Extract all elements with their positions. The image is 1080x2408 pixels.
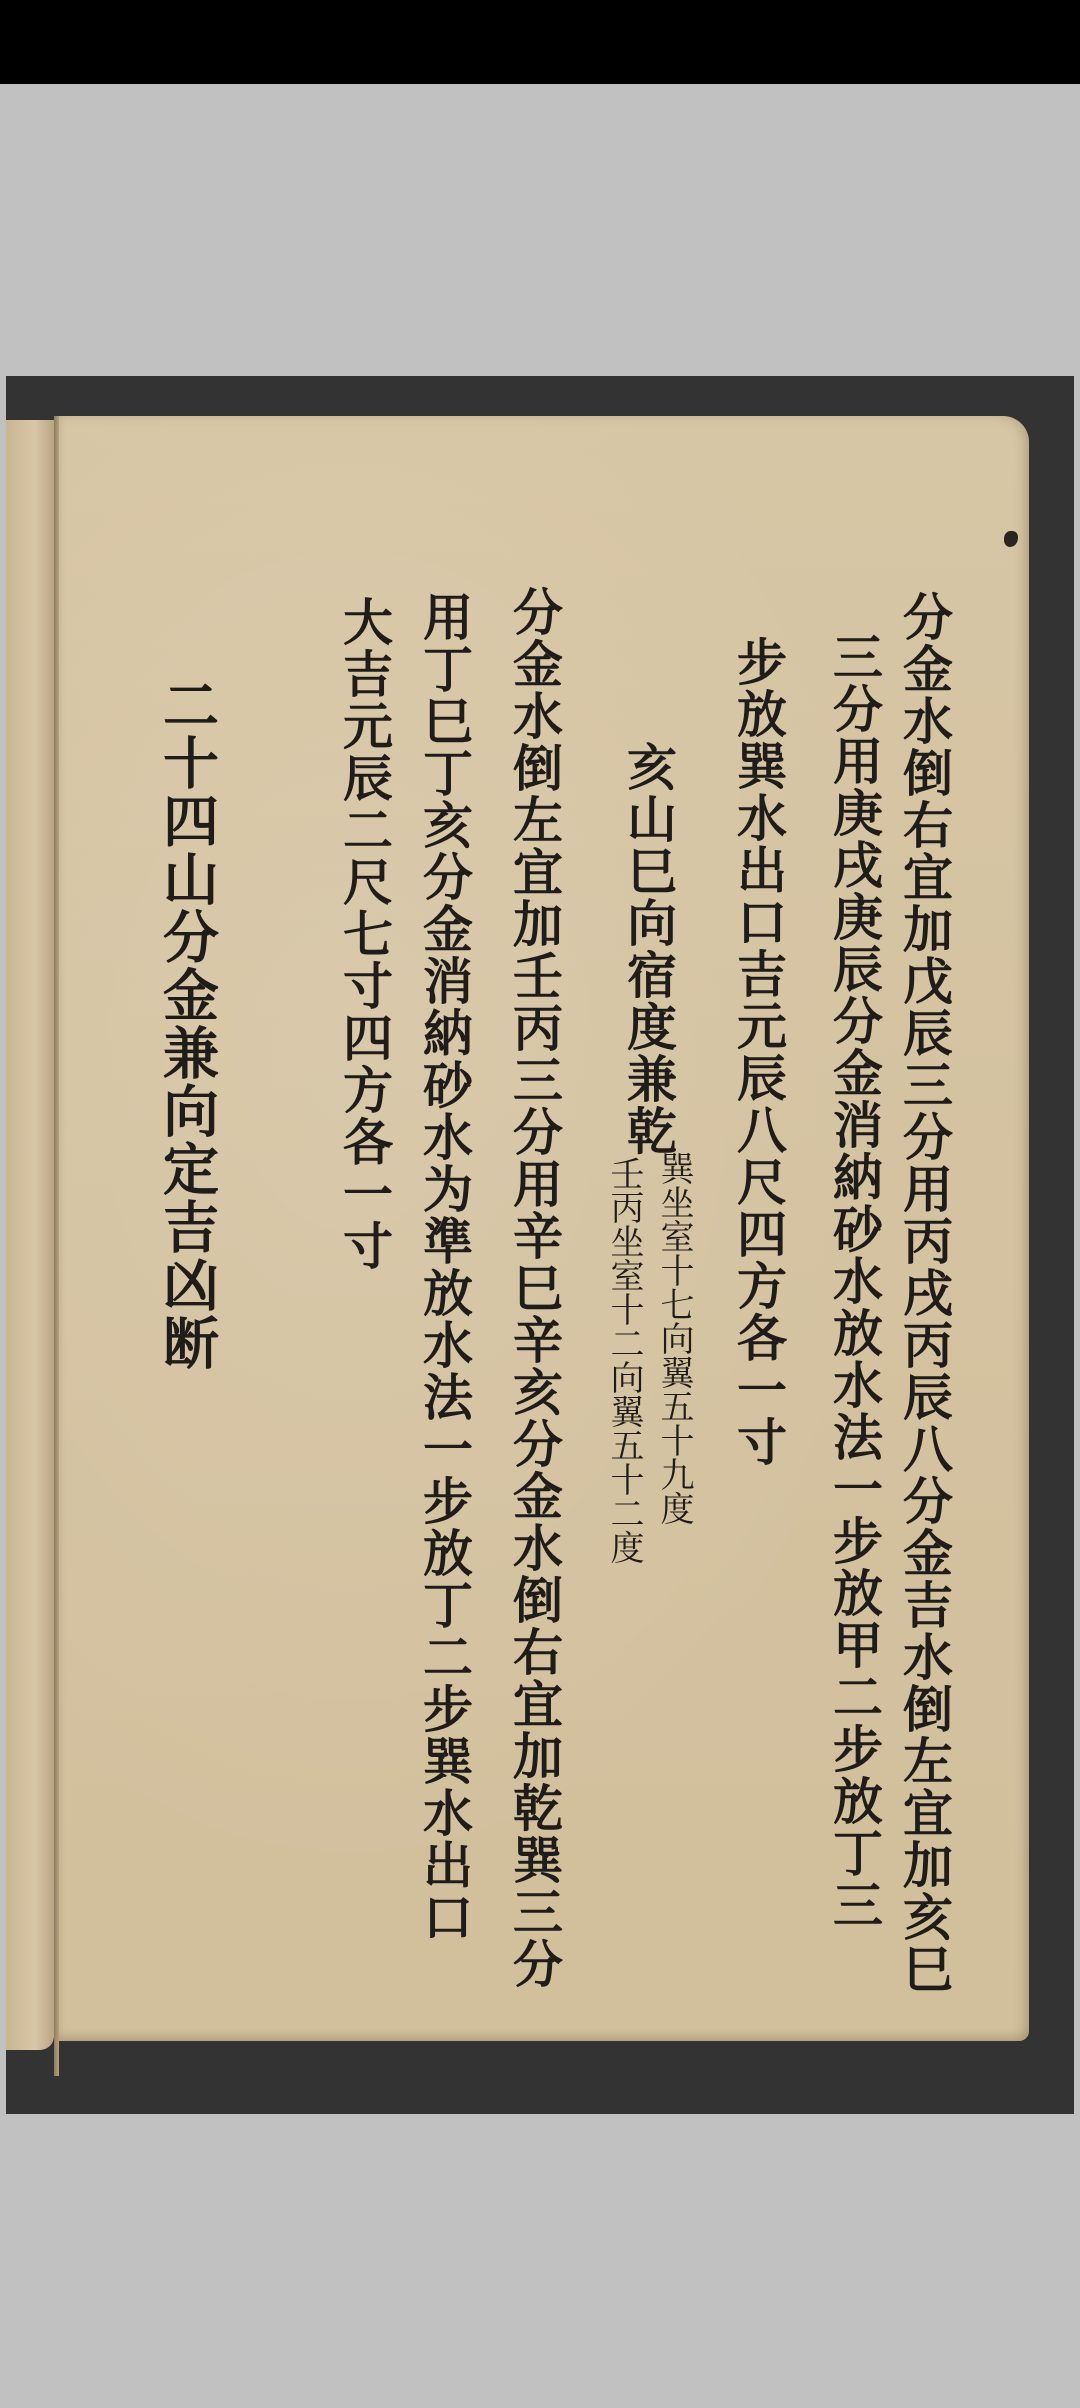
text-column-1: 分金水倒右宜加戊辰三分用丙戌丙辰八分金吉水倒左宜加亥巳 — [899, 591, 949, 1911]
text-column-2: 三分用庚戌庚辰分金消納砂水放水法一步放甲二步放丁三 — [829, 631, 879, 1831]
section-title: 二十四山分金兼向定吉凶断 — [159, 676, 215, 1336]
text-column-4: 亥山巳向宿度兼乾 — [623, 741, 673, 1161]
annotation-column-4-left: 壬丙坐室十二向翼五十二度 — [607, 1156, 641, 1656]
text-column-6: 用丁巳丁亥分金消納砂水为準放水法一步放丁二步巽水出口 — [419, 591, 469, 1871]
top-black-bar — [0, 0, 1080, 84]
previous-page-edge — [6, 420, 54, 2050]
text-column-7: 大吉元辰二尺七寸四方各一寸 — [339, 596, 389, 1256]
ink-stain — [1004, 531, 1018, 547]
image-viewer: 分金水倒右宜加戊辰三分用丙戌丙辰八分金吉水倒左宜加亥巳 三分用庚戌庚辰分金消納砂… — [6, 376, 1074, 2114]
manuscript-page: 分金水倒右宜加戊辰三分用丙戌丙辰八分金吉水倒左宜加亥巳 三分用庚戌庚辰分金消納砂… — [59, 416, 1029, 2041]
text-column-3: 步放巽水出口吉元辰八尺四方各一寸 — [733, 636, 783, 1376]
text-column-5: 分金水倒左宜加壬丙三分用辛巳辛亥分金水倒右宜加乾巽三分 — [509, 586, 559, 1976]
annotation-column-4-right: 巽坐室十七向翼五十九度 — [657, 1151, 691, 1631]
